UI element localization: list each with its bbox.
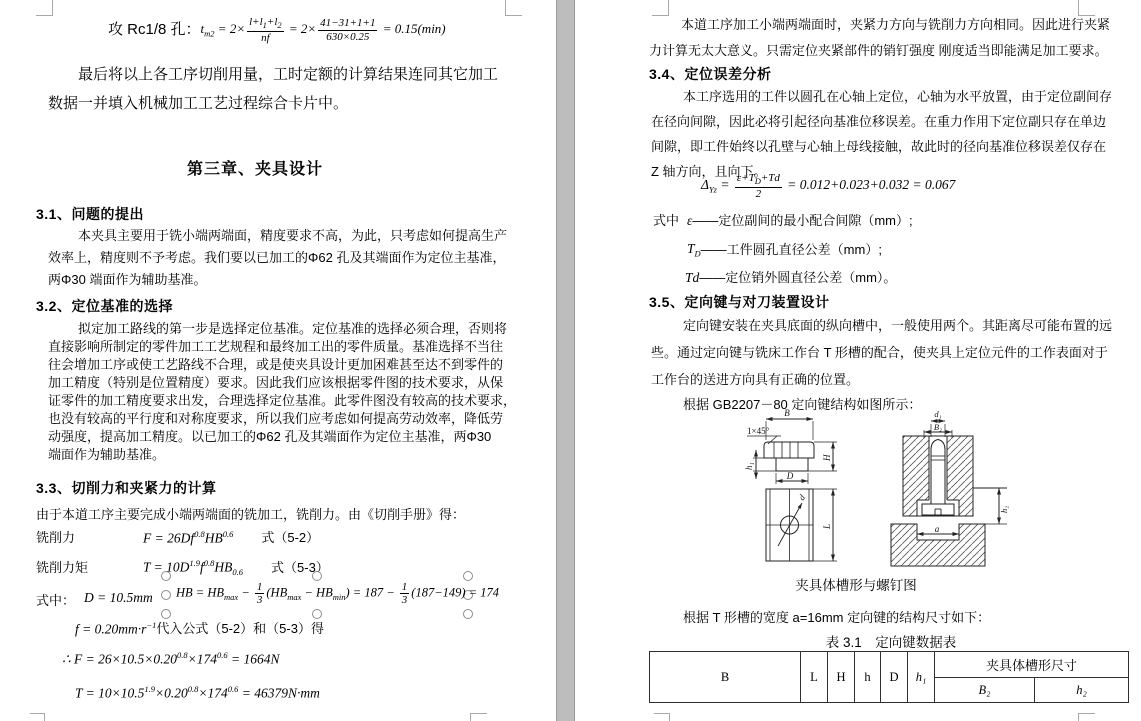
margin-mark	[1078, 713, 1095, 721]
paragraph-line: 拟定加工路线的第一步是选择定位基准。定位基准的选择必须合理，否则将	[78, 320, 507, 338]
dim-label-D: D	[786, 471, 794, 481]
heading-3-2: 3.2、定位基准的选择	[36, 296, 173, 316]
table-cell-h2: h₂	[1034, 677, 1128, 702]
table-cell-group: 夹具体槽形尺寸	[934, 652, 1128, 677]
dim-label-h2: h₂	[999, 506, 1009, 513]
paragraph-line: 往会增加工序或使工艺路线不合理，或是使夹具设计更加困难甚至达不到零件的	[48, 356, 503, 374]
formula-D: D = 10.5mm	[84, 590, 153, 606]
formula-HB: HB = HBmax − 13(HBmax − HBmin) = 187 − 1…	[176, 581, 499, 606]
dim-label-h1: h₁	[744, 462, 754, 470]
paragraph-line: 本夹具主要用于铣小端两端面，精度要求不高，为此，只考虑如何提高生产	[78, 227, 507, 245]
paragraph-line: 最后将以上各工序切削用量，工时定额的计算结果连同其它加工	[78, 64, 498, 86]
formula-label: 铣削力矩	[36, 559, 88, 577]
document-page-left: 攻 Rc1/8 孔： tm2 = 2×l+l1+l2nf = 2×41−31+1…	[0, 0, 557, 721]
formula-row-T: 铣削力矩 T = 10D1.9f0.8HB0.6 式（5-3）	[36, 558, 329, 578]
paragraph-line: 在径向间隙，因此必将引起径向基准位移误差。在重力作用下定位副只存在单边	[651, 113, 1106, 131]
selection-handle[interactable]	[312, 571, 322, 581]
dim-label-chamfer: 1×45°	[747, 426, 770, 436]
dim-label-B: B	[784, 408, 790, 418]
selection-handle[interactable]	[161, 590, 171, 600]
dim-label-a: a	[935, 524, 940, 534]
chapter-title: 第三章、夹具设计	[0, 156, 510, 179]
table-cell-L: L	[800, 652, 827, 702]
heading-3-1: 3.1、问题的提出	[36, 204, 144, 224]
margin-mark	[505, 0, 522, 16]
formula-T: T = 10D1.9f0.8HB0.6	[143, 558, 243, 577]
paragraph-line: 间隙，即工件始终以孔壁与心轴上母线接触，故此时的径向基准位移误差仅存在	[651, 138, 1106, 156]
definition-eps: 式中 ε ——定位副间的最小配合间隙（mm）;	[653, 212, 913, 230]
equation-object[interactable]: HB = HBmax − 13(HBmax − HBmin) = 187 − 1…	[166, 576, 468, 614]
definition-TD: TD ——工件圆孔直径公差（mm）;	[687, 241, 882, 259]
table-cell-D: D	[880, 652, 907, 702]
paragraph-line: 力计算无太大意义。只需定位夹紧部件的销钉强度 刚度适当即能满足加工要求。	[649, 42, 1108, 60]
formula-f: f = 0.20mm·r−1	[75, 620, 156, 638]
heading-3-5: 3.5、定向键与对刀装置设计	[649, 292, 829, 312]
table-cell-B2: B₂	[934, 677, 1034, 702]
dim-label-d: d	[796, 492, 807, 502]
formula-T-result: T = 10×10.51.9×0.200.8×1740.6 = 46379N·m…	[75, 684, 320, 702]
dim-label-L: L	[822, 524, 832, 530]
formula-label: 铣削力	[36, 529, 75, 547]
paragraph-line: 证零件的加工精度要求出发，合理选择定位基准。此零件图没有较高的技术要求，	[48, 392, 516, 410]
heading-3-4: 3.4、定位误差分析	[649, 64, 771, 84]
definition-text: ——定位副间的最小配合间隙（mm）;	[692, 212, 912, 230]
paragraph-line: 动强度，提高加工精度。以已加工的Φ62 孔及其端面作为定位主基准，两Φ30	[48, 428, 491, 446]
formula-F-result: ∴ F = 26×10.5×0.200.8×1740.6 = 1664N	[62, 650, 280, 668]
table-cell-h1: h₁	[907, 652, 934, 702]
document-viewer: 攻 Rc1/8 孔： tm2 = 2×l+l1+l2nf = 2×41−31+1…	[0, 0, 1141, 721]
paragraph-line: 本工序选用的工件以圆孔在心轴上定位，心轴为水平放置，由于定位副间存	[683, 88, 1112, 106]
table-cell-B: B	[650, 652, 800, 702]
formula-row-f: f = 0.20mm·r−1 代入公式（5-2）和（5-3）得	[75, 618, 324, 640]
formula-ref: 式（5-2）	[261, 529, 319, 547]
paragraph-line: 也没有较高的平行度和对称度要求，所以我们应考虑如何提高劳动效率，降低劳	[48, 410, 503, 428]
table-cell-H: H	[827, 652, 854, 702]
formula-tap-label: 攻 Rc1/8 孔：	[108, 19, 201, 41]
formula-F: F = 26Df0.8HB0.6	[143, 529, 233, 547]
definition-text: ——工件圆孔直径公差（mm）;	[701, 241, 882, 259]
table-cell-h: h	[854, 652, 880, 702]
dim-label-H: H	[822, 454, 832, 462]
definition-prefix: 式中	[653, 212, 679, 230]
table-title: 表 3.1 定向键数据表	[651, 631, 1131, 651]
paragraph-line: 数据一并填入机械加工工艺过程综合卡片中。	[48, 93, 348, 115]
paragraph-line: 效率上，精度则不予考虑。我们要以已加工的Φ62 孔及其端面作为定位主基准，	[48, 249, 505, 267]
formula-suffix: 代入公式（5-2）和（5-3）得	[156, 620, 324, 638]
dim-label-d1: d₁	[934, 409, 941, 419]
formula-label: 式中：	[36, 592, 75, 610]
dim-label-B2: B₂	[934, 422, 942, 432]
definition-Td: Td ——定位销外圆直径公差（mm）。	[685, 269, 896, 287]
selection-handle[interactable]	[463, 571, 473, 581]
paragraph-line: 直接影响所制定的零件加工工艺规程和最终加工出的零件质量。基准选择不当往	[48, 338, 503, 356]
paragraph-line: 两Φ30 端面作为辅助基准。	[48, 271, 206, 289]
paragraph-line: 些。通过定向键与铣床工作台 T 形槽的配合，使夹具上定位元件的工作表面对于	[651, 344, 1108, 362]
margin-mark	[36, 0, 53, 16]
margin-mark	[652, 0, 669, 16]
formula-tap: tm2 = 2×l+l1+l2nf = 2×41−31+1+1630×0.25 …	[201, 16, 446, 44]
document-page-right: 本道工序加工小端两端面时，夹紧力方向与铣削力方向相同。因此进行夹紧 力计算无太大…	[574, 0, 1141, 721]
data-table: B L H h D h₁ 夹具体槽形尺寸 B₂ h₂	[649, 651, 1129, 703]
margin-mark	[470, 713, 487, 721]
symbol-TD: TD	[687, 241, 701, 259]
selection-handle[interactable]	[463, 609, 473, 619]
paragraph-line: 端面作为辅助基准。	[48, 446, 165, 464]
definition-text: ——定位销外圆直径公差（mm）。	[699, 269, 896, 287]
formula-delta: ΔYz = ε+TD+Td2 = 0.012+0.023+0.032 = 0.0…	[701, 172, 955, 200]
paragraph-line: 定向键安装在夹具底面的纵向槽中，一般使用两个。其距离尽可能布置的远	[683, 317, 1112, 335]
margin-mark	[654, 713, 670, 721]
formula-row-F: 铣削力 F = 26Df0.8HB0.6 式（5-2）	[36, 528, 319, 548]
paragraph-line: 加工精度（特别是位置精度）要求。因此我们应该根据零件图的技术要求，从保	[48, 374, 503, 392]
figure-caption: 夹具体槽形与螺钉图	[651, 574, 1061, 594]
paragraph-line: 根据 T 形槽的宽度 a=16mm 定向键的结构尺寸如下：	[683, 609, 990, 627]
paragraph-line: 本道工序加工小端两端面时，夹紧力方向与铣削力方向相同。因此进行夹紧	[681, 16, 1110, 34]
heading-3-3: 3.3、切削力和夹紧力的计算	[36, 478, 216, 498]
margin-mark	[1078, 0, 1095, 16]
paragraph-line: 由于本道工序主要完成小端两端面的铣加工，铣削力。由《切削手册》得：	[36, 506, 465, 524]
formula-tap-line: 攻 Rc1/8 孔： tm2 = 2×l+l1+l2nf = 2×41−31+1…	[108, 10, 446, 50]
symbol-Td: Td	[685, 270, 699, 286]
paragraph-line: 工作台的送进方向具有正确的位置。	[651, 371, 859, 389]
selection-handle[interactable]	[161, 571, 171, 581]
margin-mark	[30, 713, 45, 721]
technical-drawing: B 1×45° h₁ H D d L d₁ B₂ a h₂	[741, 404, 1017, 570]
